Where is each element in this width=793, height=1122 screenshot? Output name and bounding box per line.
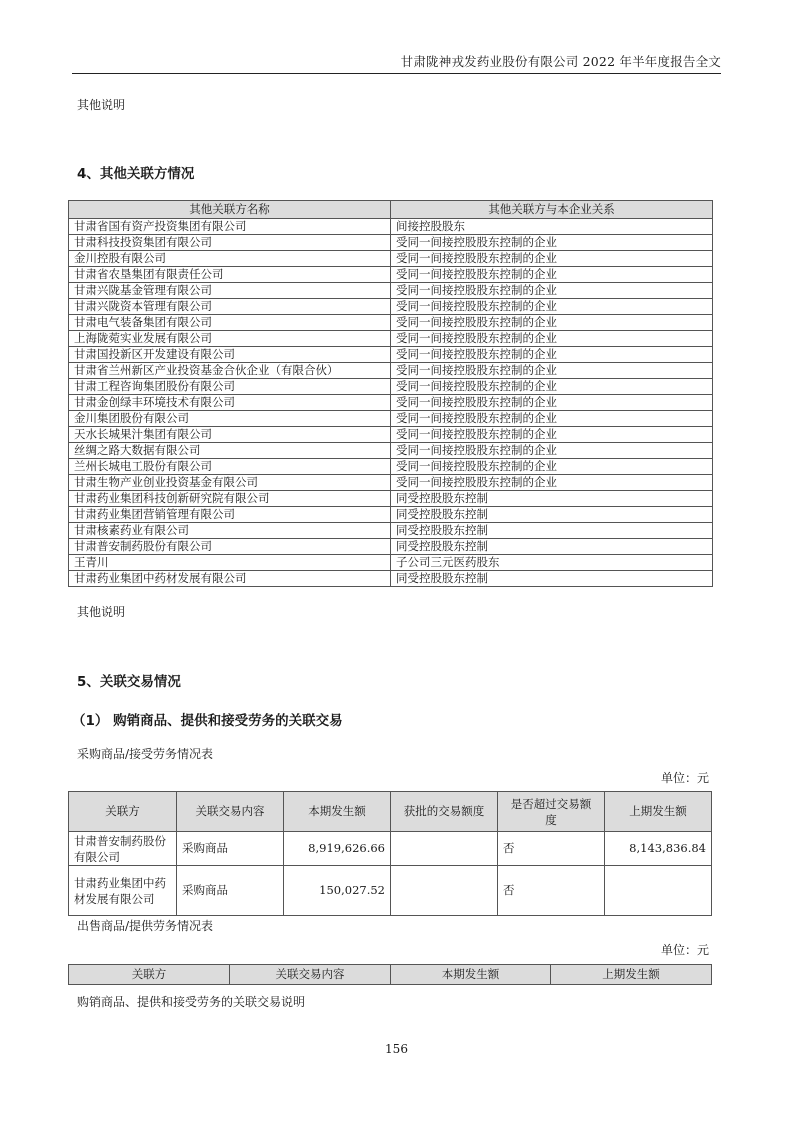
cell-approved-limit (391, 832, 498, 866)
cell-relationship: 受同一间接控股股东控制的企业 (391, 251, 713, 267)
table-row: 甘肃兴陇基金管理有限公司受同一间接控股股东控制的企业 (69, 283, 713, 299)
table-header-row: 关联方 关联交易内容 本期发生额 上期发生额 (69, 965, 712, 985)
table-row: 甘肃省国有资产投资集团有限公司间接控股股东 (69, 219, 713, 235)
cell-party-name: 甘肃生物产业创业投资基金有限公司 (69, 475, 391, 491)
column-header-related-party: 关联方 (69, 965, 230, 985)
cell-party-name: 丝绸之路大数据有限公司 (69, 443, 391, 459)
table-row: 甘肃药业集团科技创新研究院有限公司同受控股股东控制 (69, 491, 713, 507)
section-5-title: 5、关联交易情况 (77, 670, 181, 690)
column-header-transaction-content: 关联交易内容 (177, 792, 284, 832)
cell-relationship: 受同一间接控股股东控制的企业 (391, 315, 713, 331)
cell-relationship: 受同一间接控股股东控制的企业 (391, 427, 713, 443)
column-header-current-amount: 本期发生额 (284, 792, 391, 832)
cell-party-name: 金川集团股份有限公司 (69, 411, 391, 427)
column-header-prior-amount: 上期发生额 (605, 792, 712, 832)
cell-relationship: 同受控股股东控制 (391, 491, 713, 507)
cell-party-name: 甘肃金创绿丰环境技术有限公司 (69, 395, 391, 411)
sales-table-unit: 单位：元 (661, 941, 709, 958)
cell-party-name: 甘肃药业集团科技创新研究院有限公司 (69, 491, 391, 507)
cell-related-party: 甘肃药业集团中药材发展有限公司 (69, 866, 177, 916)
cell-party-name: 甘肃兴陇基金管理有限公司 (69, 283, 391, 299)
table-row: 甘肃普安制药股份有限公司 采购商品 8,919,626.66 否 8,143,8… (69, 832, 712, 866)
cell-prior-amount (605, 866, 712, 916)
table-row: 甘肃省农垦集团有限责任公司受同一间接控股股东控制的企业 (69, 267, 713, 283)
cell-relationship: 受同一间接控股股东控制的企业 (391, 411, 713, 427)
table-row: 甘肃科技投资集团有限公司受同一间接控股股东控制的企业 (69, 235, 713, 251)
cell-relationship: 受同一间接控股股东控制的企业 (391, 283, 713, 299)
column-header-prior-amount: 上期发生额 (551, 965, 712, 985)
cell-relationship: 受同一间接控股股东控制的企业 (391, 347, 713, 363)
cell-party-name: 甘肃核素药业有限公司 (69, 523, 391, 539)
table-row: 金川控股有限公司受同一间接控股股东控制的企业 (69, 251, 713, 267)
column-header-transaction-content: 关联交易内容 (230, 965, 391, 985)
cell-relationship: 受同一间接控股股东控制的企业 (391, 475, 713, 491)
cell-party-name: 甘肃药业集团中药材发展有限公司 (69, 571, 391, 587)
cell-relationship: 同受控股股东控制 (391, 571, 713, 587)
cell-party-name: 甘肃科技投资集团有限公司 (69, 235, 391, 251)
table-row: 天水长城果汁集团有限公司受同一间接控股股东控制的企业 (69, 427, 713, 443)
table-header-row: 关联方 关联交易内容 本期发生额 获批的交易额度 是否超过交易额度 上期发生额 (69, 792, 712, 832)
cell-party-name: 甘肃省农垦集团有限责任公司 (69, 267, 391, 283)
other-related-parties-table: 其他关联方名称 其他关联方与本企业关系 甘肃省国有资产投资集团有限公司间接控股股… (68, 200, 713, 587)
table-row: 王青川子公司三元医药股东 (69, 555, 713, 571)
cell-relationship: 同受控股股东控制 (391, 539, 713, 555)
transaction-notes-label: 购销商品、提供和接受劳务的关联交易说明 (77, 993, 305, 1010)
table-row: 甘肃生物产业创业投资基金有限公司受同一间接控股股东控制的企业 (69, 475, 713, 491)
cell-relationship: 受同一间接控股股东控制的企业 (391, 267, 713, 283)
table-row: 甘肃省兰州新区产业投资基金合伙企业（有限合伙）受同一间接控股股东控制的企业 (69, 363, 713, 379)
cell-party-name: 甘肃药业集团营销管理有限公司 (69, 507, 391, 523)
column-header-relationship: 其他关联方与本企业关系 (391, 201, 713, 219)
table-row: 丝绸之路大数据有限公司受同一间接控股股东控制的企业 (69, 443, 713, 459)
table-row: 甘肃国投新区开发建设有限公司受同一间接控股股东控制的企业 (69, 347, 713, 363)
cell-relationship: 受同一间接控股股东控制的企业 (391, 363, 713, 379)
section-4-notes-label: 其他说明 (77, 603, 125, 620)
cell-exceeds-limit: 否 (498, 832, 605, 866)
column-header-related-party: 关联方 (69, 792, 177, 832)
sales-table-caption: 出售商品/提供劳务情况表 (77, 917, 213, 934)
column-header-exceeds-limit: 是否超过交易额度 (498, 792, 605, 832)
table-row: 甘肃普安制药股份有限公司同受控股股东控制 (69, 539, 713, 555)
subsection-1-title: （1） 购销商品、提供和接受劳务的关联交易 (72, 709, 343, 729)
cell-party-name: 甘肃国投新区开发建设有限公司 (69, 347, 391, 363)
cell-relationship: 受同一间接控股股东控制的企业 (391, 395, 713, 411)
purchase-table-caption: 采购商品/接受劳务情况表 (77, 745, 213, 762)
cell-relationship: 受同一间接控股股东控制的企业 (391, 331, 713, 347)
cell-relationship: 受同一间接控股股东控制的企业 (391, 443, 713, 459)
table-row: 甘肃药业集团中药材发展有限公司同受控股股东控制 (69, 571, 713, 587)
cell-relationship: 同受控股股东控制 (391, 523, 713, 539)
cell-relationship: 间接控股股东 (391, 219, 713, 235)
table-row: 甘肃金创绿丰环境技术有限公司受同一间接控股股东控制的企业 (69, 395, 713, 411)
cell-party-name: 王青川 (69, 555, 391, 571)
purchase-table-unit: 单位：元 (661, 769, 709, 786)
section-4-title: 4、其他关联方情况 (77, 162, 194, 182)
other-notes-label: 其他说明 (77, 96, 125, 113)
table-row: 甘肃电气装备集团有限公司受同一间接控股股东控制的企业 (69, 315, 713, 331)
table-row: 甘肃工程咨询集团股份有限公司受同一间接控股股东控制的企业 (69, 379, 713, 395)
cell-current-amount: 8,919,626.66 (284, 832, 391, 866)
cell-party-name: 甘肃工程咨询集团股份有限公司 (69, 379, 391, 395)
column-header-approved-limit: 获批的交易额度 (391, 792, 498, 832)
cell-relationship: 同受控股股东控制 (391, 507, 713, 523)
cell-party-name: 兰州长城电工股份有限公司 (69, 459, 391, 475)
header-divider (72, 73, 721, 74)
sales-transactions-table: 关联方 关联交易内容 本期发生额 上期发生额 (68, 964, 712, 985)
table-row: 甘肃药业集团中药材发展有限公司 采购商品 150,027.52 否 (69, 866, 712, 916)
table-row: 甘肃兴陇资本管理有限公司受同一间接控股股东控制的企业 (69, 299, 713, 315)
cell-approved-limit (391, 866, 498, 916)
table-header-row: 其他关联方名称 其他关联方与本企业关系 (69, 201, 713, 219)
cell-relationship: 受同一间接控股股东控制的企业 (391, 299, 713, 315)
page-number: 156 (0, 1042, 793, 1056)
table-row: 上海陇菀实业发展有限公司受同一间接控股股东控制的企业 (69, 331, 713, 347)
column-header-party-name: 其他关联方名称 (69, 201, 391, 219)
purchase-transactions-table: 关联方 关联交易内容 本期发生额 获批的交易额度 是否超过交易额度 上期发生额 … (68, 791, 712, 916)
cell-party-name: 甘肃省兰州新区产业投资基金合伙企业（有限合伙） (69, 363, 391, 379)
cell-transaction-content: 采购商品 (177, 832, 284, 866)
table-row: 甘肃药业集团营销管理有限公司同受控股股东控制 (69, 507, 713, 523)
cell-relationship: 子公司三元医药股东 (391, 555, 713, 571)
document-header-title: 甘肃陇神戎发药业股份有限公司 2022 年半年度报告全文 (401, 52, 721, 70)
cell-party-name: 甘肃兴陇资本管理有限公司 (69, 299, 391, 315)
table-row: 甘肃核素药业有限公司同受控股股东控制 (69, 523, 713, 539)
cell-transaction-content: 采购商品 (177, 866, 284, 916)
cell-party-name: 上海陇菀实业发展有限公司 (69, 331, 391, 347)
cell-related-party: 甘肃普安制药股份有限公司 (69, 832, 177, 866)
cell-party-name: 甘肃省国有资产投资集团有限公司 (69, 219, 391, 235)
cell-prior-amount: 8,143,836.84 (605, 832, 712, 866)
column-header-current-amount: 本期发生额 (391, 965, 551, 985)
table-row: 金川集团股份有限公司受同一间接控股股东控制的企业 (69, 411, 713, 427)
cell-relationship: 受同一间接控股股东控制的企业 (391, 235, 713, 251)
cell-party-name: 金川控股有限公司 (69, 251, 391, 267)
cell-party-name: 甘肃电气装备集团有限公司 (69, 315, 391, 331)
cell-party-name: 甘肃普安制药股份有限公司 (69, 539, 391, 555)
table-row: 兰州长城电工股份有限公司受同一间接控股股东控制的企业 (69, 459, 713, 475)
cell-current-amount: 150,027.52 (284, 866, 391, 916)
cell-exceeds-limit: 否 (498, 866, 605, 916)
cell-relationship: 受同一间接控股股东控制的企业 (391, 379, 713, 395)
cell-relationship: 受同一间接控股股东控制的企业 (391, 459, 713, 475)
cell-party-name: 天水长城果汁集团有限公司 (69, 427, 391, 443)
